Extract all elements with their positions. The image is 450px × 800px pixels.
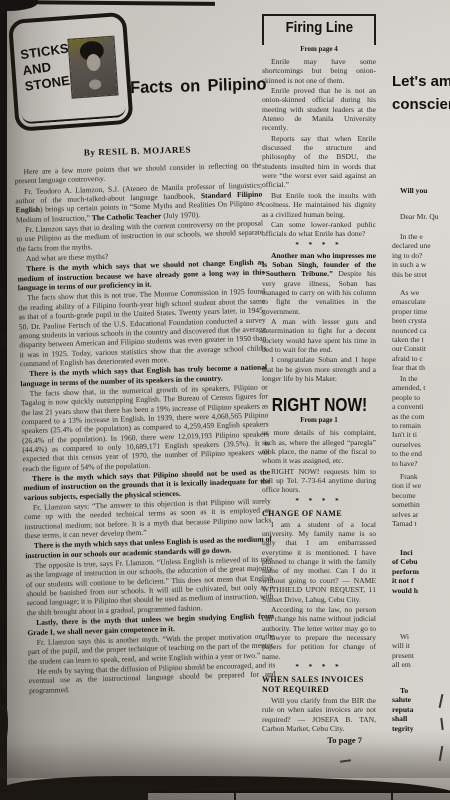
paragraph: Fr. Llamzon says: “The answer to this ob… [24, 496, 272, 540]
paragraph: According to the law, no person can chan… [262, 605, 376, 661]
paragraph: Can some lower-ranked public officials d… [262, 220, 376, 239]
right-now-frompage: From page 1 [262, 416, 376, 424]
scan-blemish [0, 702, 8, 744]
paragraph: He ends by saying that the diffusion of … [28, 660, 276, 695]
sales-invoices-title: WHEN SALES INVOICES NOT REQUIRED [262, 675, 376, 695]
article-body: Here are a few more points that we shoul… [14, 160, 276, 696]
firing-line-header-box: Firing Line [262, 14, 376, 45]
cropped-text-fragment: In the e declared une ing to do? in such… [392, 232, 450, 279]
right-headline-line: conscien [392, 93, 450, 116]
columnist-portrait-photo [68, 37, 117, 98]
newspaper-page: STICKS AND STONES Facts on Pilipino By R… [0, 0, 450, 800]
sticks-and-stones-logo: STICKS AND STONES [8, 12, 134, 132]
paragraph: The facts show that this is not true. Th… [18, 287, 267, 369]
cropped-text-fragment: Frank tion if we become somethin selves … [392, 472, 450, 528]
right-article-headline: Let's am conscien [392, 70, 450, 116]
paragraph: Enrile may have some shortcomings but be… [262, 57, 376, 85]
paragraph: Will you clarify from the BIR the rule o… [262, 696, 376, 733]
article-byline: By RESIL B. MOJARES [14, 142, 261, 159]
paragraph: RIGHT NOW! requests him to call up Tel. … [262, 467, 376, 495]
sales-invoices-body: Will you clarify from the BIR the rule o… [262, 696, 376, 733]
page-corner-shadow [0, 0, 38, 11]
paragraph: The facts show that, in the numerical gr… [21, 382, 270, 473]
paragraph: Enrile proved that he is not an onion-sk… [262, 86, 376, 133]
firing-line-body: Enrile may have some shortcomings but be… [262, 57, 376, 383]
scan-blemish [1, 332, 6, 348]
middle-column: Firing Line From page 4 Enrile may have … [262, 14, 376, 745]
table-rule-mark [391, 793, 393, 800]
scan-blemish [0, 598, 7, 624]
right-column-cropped: Let's am conscien Will youDear Mr. QuIn … [392, 0, 450, 800]
scan-blemish [2, 658, 7, 690]
right-now-body: us more details of his complaint, such a… [262, 428, 376, 504]
scan-blemish [0, 288, 6, 318]
star-separator: * * * * [262, 497, 376, 505]
firing-line-frompage: From page 4 [262, 45, 376, 53]
article-headline: Facts on Pilipino [130, 75, 257, 99]
star-separator: * * * * [262, 663, 376, 671]
change-of-name-title: CHANGE OF NAME [262, 509, 376, 519]
cropped-text-fragment: In the amended, t people to a conventi a… [392, 374, 450, 468]
cropped-text-fragment: As we emasculate proper time been crysta… [392, 288, 450, 373]
right-now-title: RIGHT NOW! [262, 395, 376, 416]
paragraph: A man with lesser guts and determination… [262, 317, 376, 354]
paragraph: I am a student of a local university. My… [262, 520, 376, 604]
left-article-column: STICKS AND STONES Facts on Pilipino By R… [10, 5, 257, 12]
paragraph: I congratulate Soban and I hope that he … [262, 355, 376, 383]
paragraph: But Enrile took the insults with coolnes… [262, 191, 376, 219]
paragraph: us more details of his complaint, such a… [262, 428, 376, 465]
cropped-text-fragment: Dear Mr. Qu [392, 212, 450, 221]
cropped-text-fragment: Will you [392, 186, 450, 195]
paragraph: Fr. Teodoro A. Llamzon, S.J. (Ateneo de … [15, 180, 263, 224]
change-of-name-body: I am a student of a local university. My… [262, 520, 376, 671]
page-bottom-shadow [0, 742, 450, 778]
cropped-text-fragment: Wi will it present all em [392, 632, 450, 670]
paragraph: Another man who impresses me is Soban Si… [262, 251, 376, 316]
paragraph: The opposite is true, says Fr. Llamzon. … [25, 554, 273, 617]
next-page-sliver [148, 791, 450, 800]
table-rule-mark [234, 793, 236, 800]
paragraph: Reports say that when Enrile discussed t… [262, 134, 376, 190]
star-separator: * * * * [262, 241, 376, 249]
firing-line-title: Firing Line [285, 19, 352, 36]
right-headline-line: Let's am [392, 70, 450, 93]
cropped-text-fragment: Inci of Cebu perform it not f would h [392, 548, 450, 595]
